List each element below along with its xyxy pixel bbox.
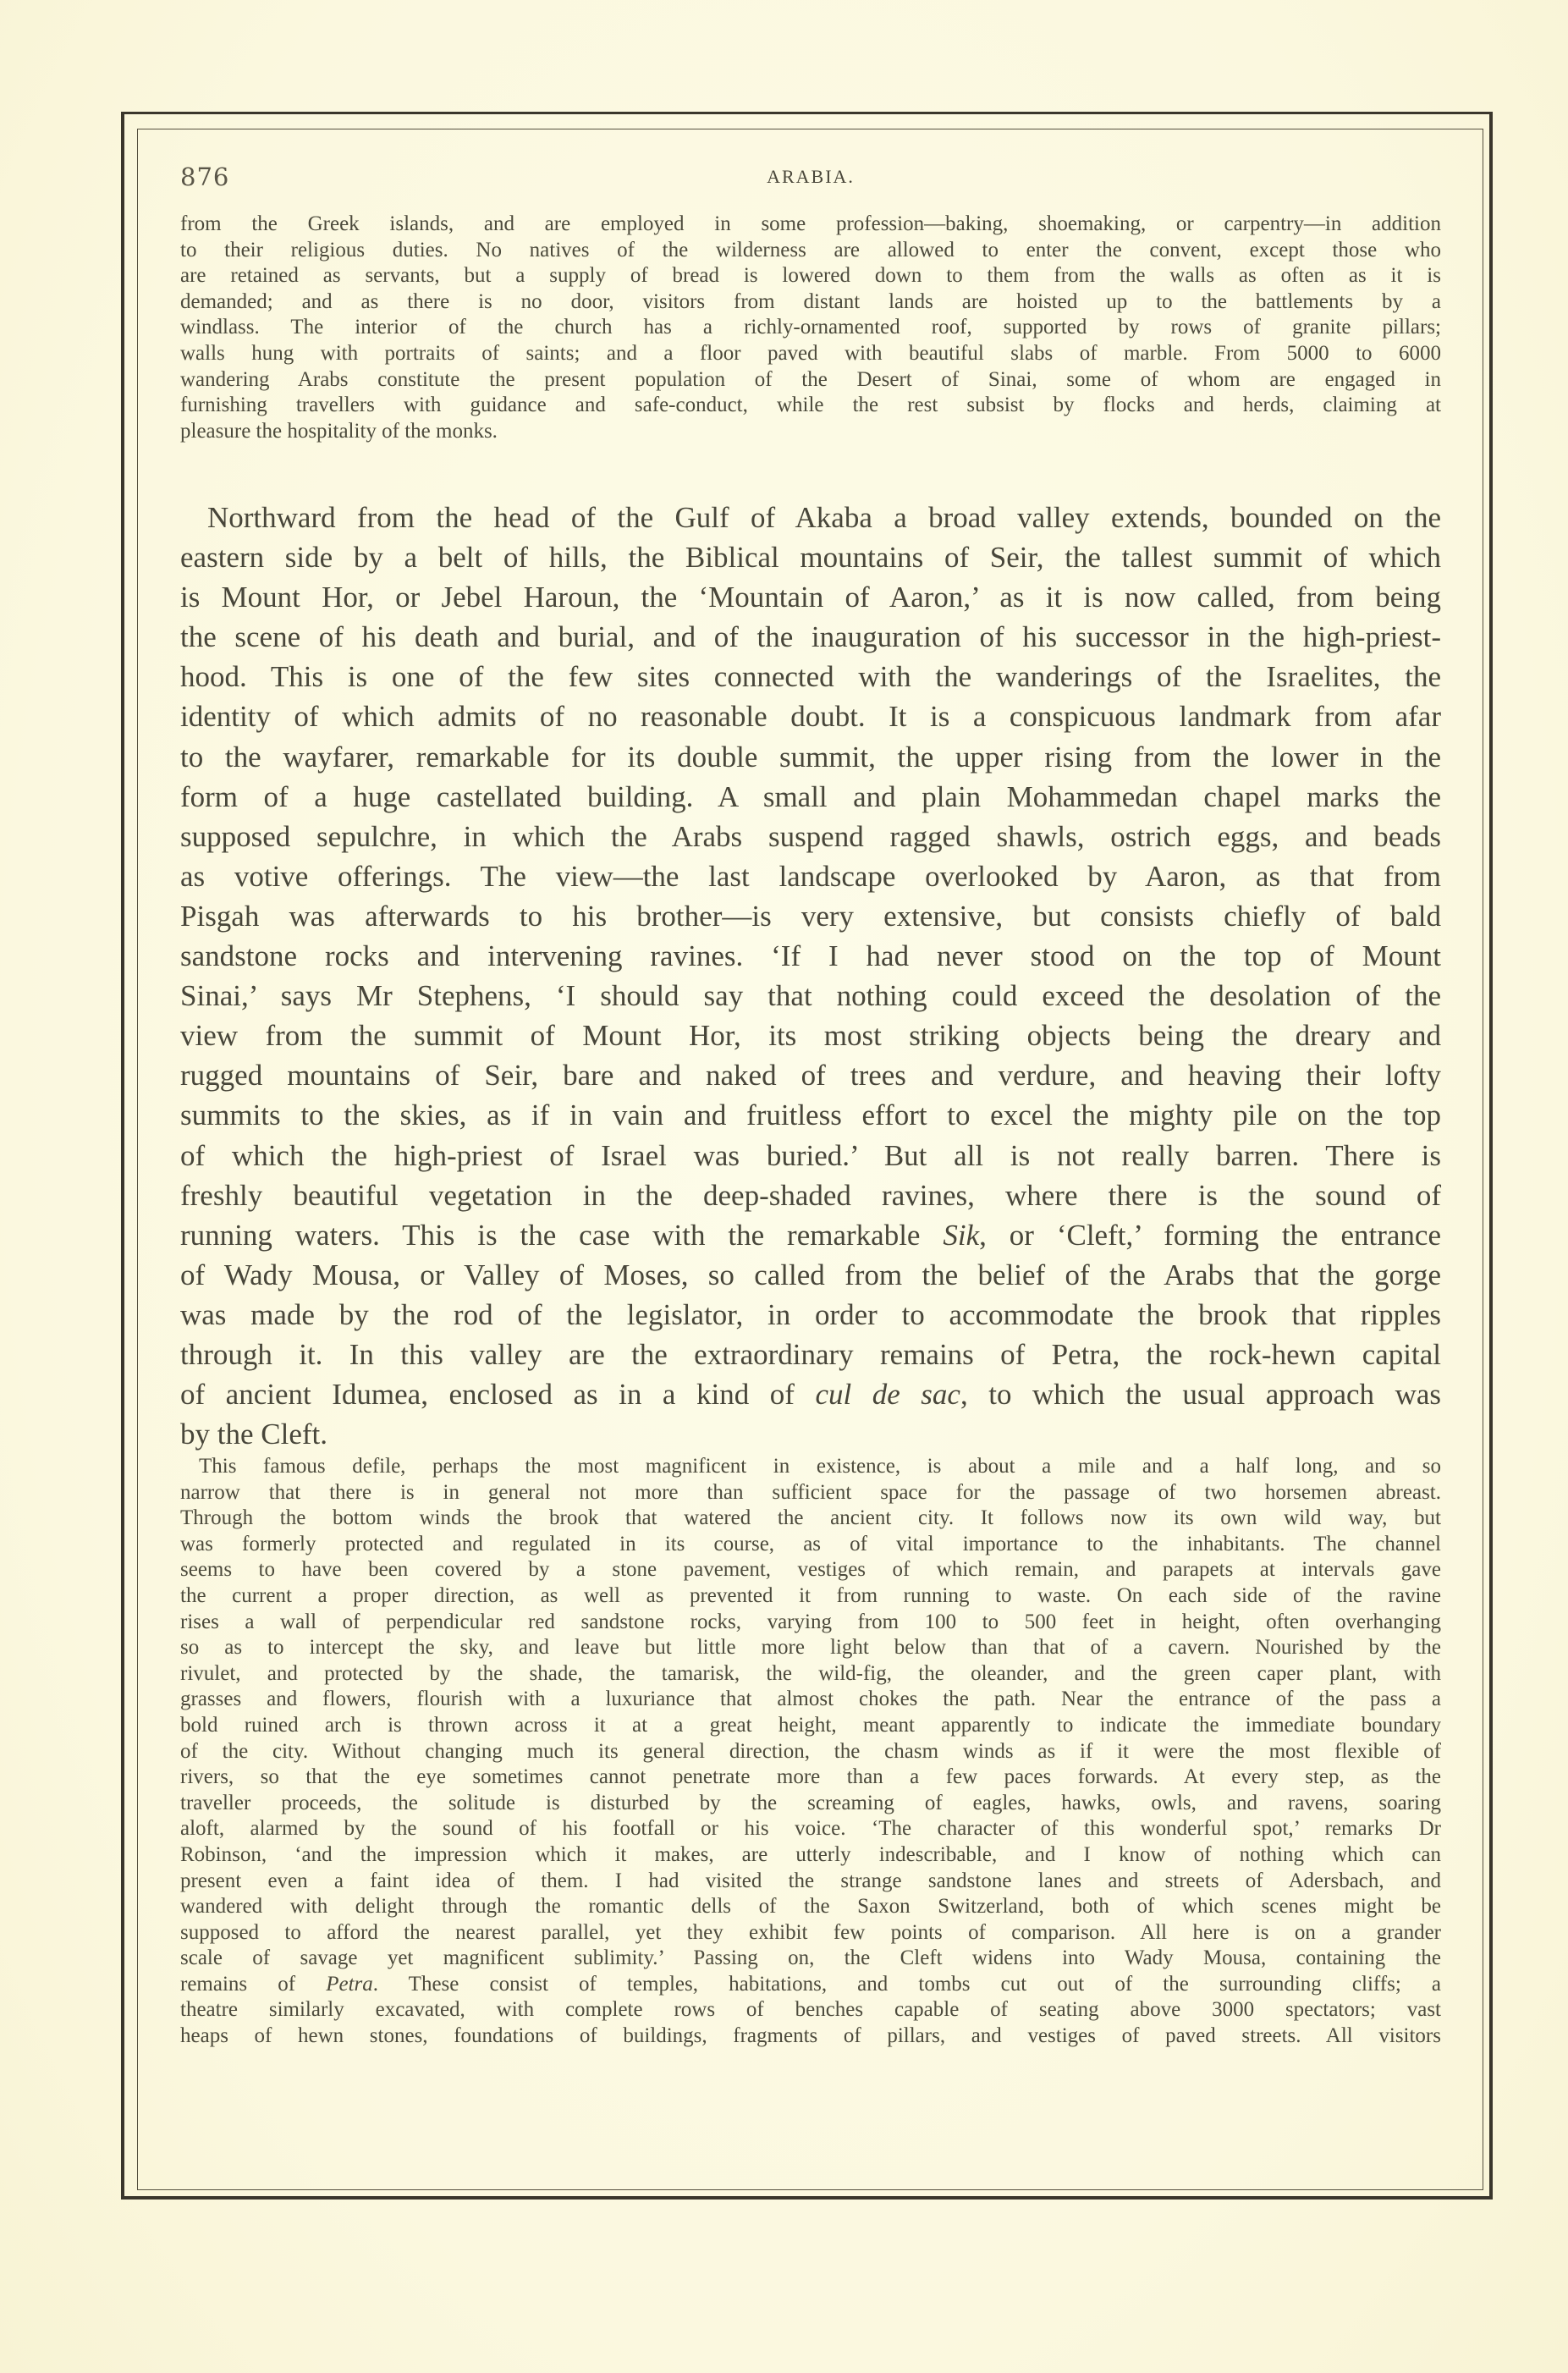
text-line: pleasure the hospitality of the monks.	[180, 419, 1441, 445]
text-line: seems to have been covered by a stone pa…	[180, 1557, 1441, 1583]
text-line-mixed: of ancient Idumea, enclosed as in a kind…	[180, 1374, 1441, 1414]
text-line: furnishing travellers with guidance and …	[180, 393, 1441, 419]
text-line-mixed: remains of Petra. These consist of templ…	[180, 1972, 1441, 1998]
text-line: traveller proceeds, the solitude is dist…	[180, 1791, 1441, 1817]
text-line: windlass. The interior of the church has…	[180, 315, 1441, 341]
text-line: aloft, alarmed by the sound of his footf…	[180, 1816, 1441, 1842]
text-line: form of a huge castellated building. A s…	[180, 777, 1441, 817]
text-line: supposed sepulchre, in which the Arabs s…	[180, 817, 1441, 856]
text-line: grasses and flowers, flourish with a lux…	[180, 1687, 1441, 1713]
text-line-mixed: running waters. This is the case with th…	[180, 1215, 1441, 1255]
text-line: theatre similarly excavated, with comple…	[180, 1997, 1441, 2023]
text-line: as votive offerings. The view—the last l…	[180, 856, 1441, 896]
text-line: view from the summit of Mount Hor, its m…	[180, 1016, 1441, 1055]
text-line: are retained as servants, but a supply o…	[180, 263, 1441, 289]
text-line: freshly beautiful vegetation in the deep…	[180, 1175, 1441, 1215]
text-line: rivulet, and protected by the shade, the…	[180, 1661, 1441, 1688]
text-line: heaps of hewn stones, foundations of bui…	[180, 2023, 1441, 2050]
paragraph-bottom-small: This famous defile, perhaps the most mag…	[180, 1454, 1441, 2050]
text-line: demanded; and as there is no door, visit…	[180, 289, 1441, 316]
text-line: eastern side by a belt of hills, the Bib…	[180, 537, 1441, 577]
text-line: present even a faint idea of them. I had…	[180, 1869, 1441, 1895]
text-line: This famous defile, perhaps the most mag…	[180, 1454, 1441, 1480]
text-run: remains of	[180, 1973, 326, 1996]
text-line: narrow that there is in general not more…	[180, 1480, 1441, 1506]
text-line: is Mount Hor, or Jebel Haroun, the ‘Moun…	[180, 577, 1441, 617]
text-line: rises a wall of perpendicular red sandst…	[180, 1610, 1441, 1636]
text-line: through it. In this valley are the extra…	[180, 1335, 1441, 1374]
running-head: 876 ARABIA.	[180, 162, 1441, 196]
text-line: wandered with delight through the romant…	[180, 1894, 1441, 1920]
text-line: of the city. Without changing much its g…	[180, 1739, 1441, 1765]
text-line: bold ruined arch is thrown across it at …	[180, 1713, 1441, 1739]
text-line: Pisgah was afterwards to his brother—is …	[180, 896, 1441, 936]
text-line: the current a proper direction, as well …	[180, 1583, 1441, 1610]
text-line: Robinson, ‘and the impression which it m…	[180, 1842, 1441, 1869]
paragraph-top-small: from the Greek islands, and are employed…	[180, 212, 1441, 444]
italic-term-sik: Sik	[943, 1219, 979, 1252]
text-line: scale of savage yet magnificent sublimit…	[180, 1946, 1441, 1972]
text-line: sandstone rocks and intervening ravines.…	[180, 936, 1441, 976]
text-line: hood. This is one of the few sites conne…	[180, 657, 1441, 696]
running-title: ARABIA.	[180, 166, 1441, 188]
italic-term-petra: Petra	[326, 1973, 373, 1996]
text-run: running waters. This is the case with th…	[180, 1219, 943, 1252]
text-line: wandering Arabs constitute the present p…	[180, 367, 1441, 394]
text-line: Northward from the head of the Gulf of A…	[180, 498, 1441, 537]
text-line: rugged mountains of Seir, bare and naked…	[180, 1055, 1441, 1095]
text-line: Sinai,’ says Mr Stephens, ‘I should say …	[180, 976, 1441, 1016]
text-run: of ancient Idumea, enclosed as in a kind…	[180, 1378, 815, 1411]
text-line: to the wayfarer, remarkable for its doub…	[180, 737, 1441, 777]
text-line: walls hung with portraits of saints; and…	[180, 341, 1441, 367]
text-line: identity of which admits of no reasonabl…	[180, 696, 1441, 736]
text-line: was made by the rod of the legislator, i…	[180, 1295, 1441, 1335]
italic-term-cul-de-sac: cul de sac	[815, 1378, 960, 1411]
text-line: to their religious duties. No natives of…	[180, 238, 1441, 264]
text-line: rivers, so that the eye sometimes cannot…	[180, 1765, 1441, 1791]
text-run: , to which the usual approach was	[960, 1378, 1441, 1411]
text-line: supposed to afford the nearest parallel,…	[180, 1920, 1441, 1946]
text-line: summits to the skies, as if in vain and …	[180, 1095, 1441, 1135]
text-run: . These consist of temples, habitations,…	[373, 1973, 1441, 1996]
text-line: the scene of his death and burial, and o…	[180, 617, 1441, 657]
text-line: was formerly protected and regulated in …	[180, 1532, 1441, 1558]
text-line: from the Greek islands, and are employed…	[180, 212, 1441, 238]
text-line: so as to intercept the sky, and leave bu…	[180, 1635, 1441, 1661]
text-run: , or ‘Cleft,’ forming the entrance	[979, 1219, 1441, 1252]
text-line: of which the high-priest of Israel was b…	[180, 1136, 1441, 1175]
paragraph-main-large: Northward from the head of the Gulf of A…	[180, 498, 1441, 1454]
book-page: 876 ARABIA. from the Greek islands, and …	[0, 0, 1568, 2373]
text-line: of Wady Mousa, or Valley of Moses, so ca…	[180, 1255, 1441, 1295]
text-line: Through the bottom winds the brook that …	[180, 1506, 1441, 1532]
text-line: by the Cleft.	[180, 1414, 1441, 1454]
